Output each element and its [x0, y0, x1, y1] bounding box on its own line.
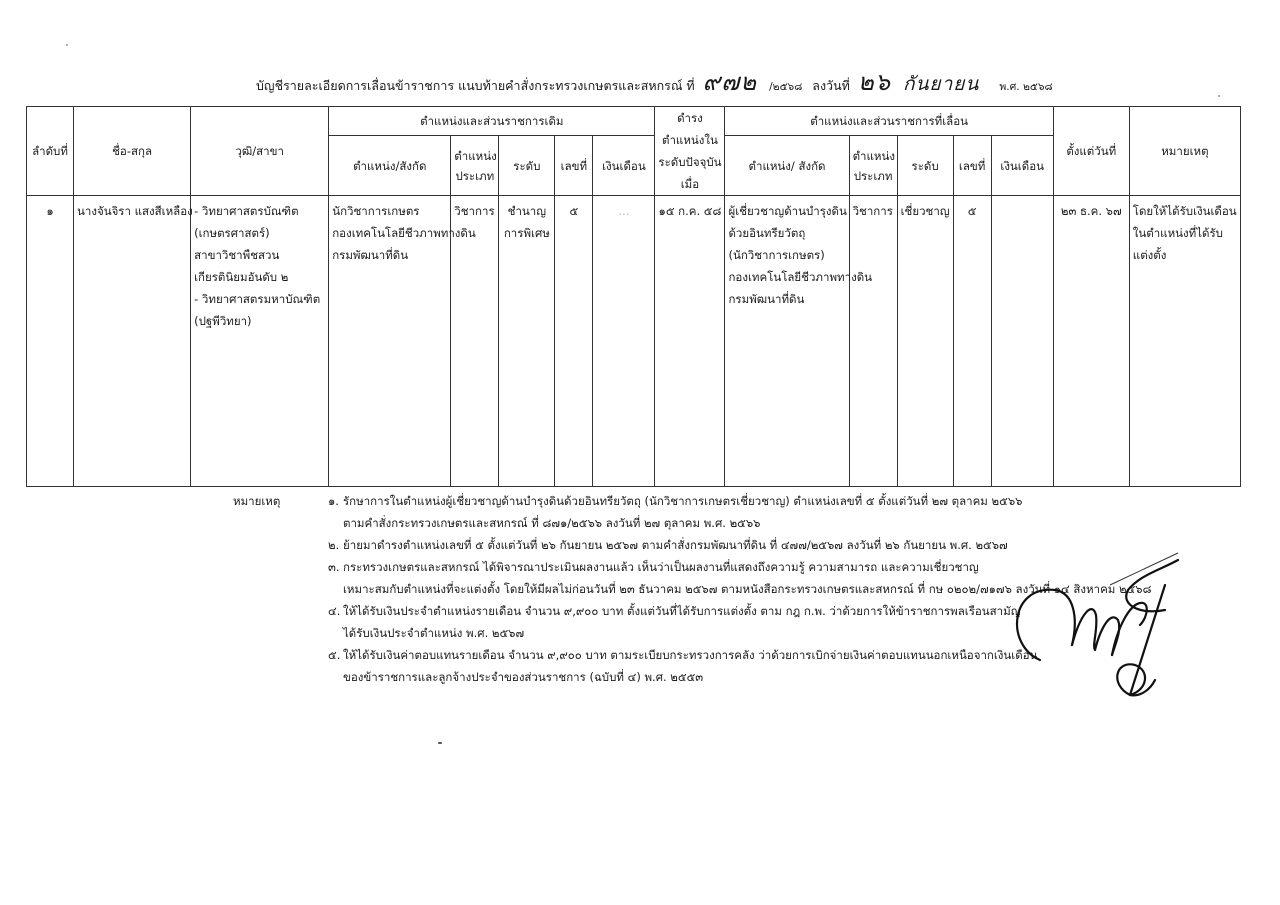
- title-text: บัญชีรายละเอียดการเลื่อนข้าราชการ แนบท้า…: [256, 76, 695, 96]
- cell-new-position: ผู้เชี่ยวชาญด้านบำรุงดิน ด้วยอินทรียวัตถ…: [725, 196, 849, 487]
- cell-seq: ๑: [27, 196, 74, 487]
- cell-orig-salary: ...: [593, 196, 655, 487]
- header-new-number: เลขที่: [953, 136, 991, 196]
- cell-effective-date: ๒๓ ธ.ค. ๖๗: [1053, 196, 1129, 487]
- cell-orig-number: ๕: [555, 196, 593, 487]
- scan-speck: [66, 44, 68, 46]
- header-name: ชื่อ-สกุล: [74, 107, 191, 196]
- header-promoted-group: ตำแหน่งและส่วนราชการที่เลื่อน: [725, 107, 1053, 136]
- header-seq: ลำดับที่: [27, 107, 74, 196]
- header-current-level-since: ดำรงตำแหน่งในระดับปัจจุบันเมื่อ: [655, 107, 725, 196]
- scan-speck: [1218, 95, 1220, 97]
- note-item: ๑. รักษาการในตำแหน่งผู้เชี่ยวชาญด้านบำรุ…: [328, 490, 1048, 534]
- scan-speck: [438, 742, 442, 744]
- notes-list: ๑. รักษาการในตำแหน่งผู้เชี่ยวชาญด้านบำรุ…: [328, 490, 1048, 688]
- header-orig-position-type: ตำแหน่งประเภท: [451, 136, 499, 196]
- header-remarks: หมายเหตุ: [1129, 107, 1240, 196]
- cell-new-number: ๕: [953, 196, 991, 487]
- header-orig-position: ตำแหน่ง/สังกัด: [329, 136, 451, 196]
- cell-current-level-since: ๑๕ ก.ค. ๕๘: [655, 196, 725, 487]
- header-original-group: ตำแหน่งและส่วนราชการเดิม: [329, 107, 655, 136]
- cell-name: นางจันจิรา แสงสีเหลือง: [74, 196, 191, 487]
- cell-new-position-type: วิชาการ: [849, 196, 897, 487]
- date-label: ลงวันที่: [812, 76, 850, 96]
- cell-degree: - วิทยาศาสตรบัณฑิต (เกษตรศาสตร์) สาขาวิช…: [191, 196, 329, 487]
- header-new-level: ระดับ: [897, 136, 953, 196]
- order-year: /๒๕๖๘: [769, 78, 802, 95]
- cell-new-salary: [991, 196, 1053, 487]
- document-title: บัญชีรายละเอียดการเลื่อนข้าราชการ แนบท้า…: [256, 62, 1053, 101]
- header-new-position: ตำแหน่ง/ สังกัด: [725, 136, 849, 196]
- header-orig-level: ระดับ: [499, 136, 555, 196]
- header-orig-salary: เงินเดือน: [593, 136, 655, 196]
- header-degree: วุฒิ/สาขา: [191, 107, 329, 196]
- cell-orig-position: นักวิชาการเกษตร กองเทคโนโลยีชีวภาพทางดิน…: [329, 196, 451, 487]
- note-item: ๔. ให้ได้รับเงินประจำตำแหน่งรายเดือน จำน…: [328, 600, 1048, 644]
- cell-new-level: เชี่ยวชาญ: [897, 196, 953, 487]
- header-new-position-type: ตำแหน่งประเภท: [849, 136, 897, 196]
- cell-orig-level: ชำนาญการพิเศษ: [499, 196, 555, 487]
- handwritten-day: ๒๖: [858, 62, 891, 101]
- promotion-table: ลำดับที่ ชื่อ-สกุล วุฒิ/สาขา ตำแหน่งและส…: [26, 106, 1241, 487]
- handwritten-order-number: ๙๗๒: [703, 62, 757, 101]
- header-effective-date: ตั้งแต่วันที่: [1053, 107, 1129, 196]
- note-item: ๕. ให้ได้รับเงินค่าตอบแทนรายเดือน จำนวน …: [328, 644, 1048, 688]
- header-orig-number: เลขที่: [555, 136, 593, 196]
- document-year: พ.ศ. ๒๕๖๘: [999, 78, 1052, 95]
- signature-icon: [1000, 545, 1190, 710]
- note-item: ๒. ย้ายมาดำรงตำแหน่งเลขที่ ๕ ตั้งแต่วันท…: [328, 534, 1048, 556]
- cell-remarks: โดยให้ได้รับเงินเดือนในตำแหน่งที่ได้รับแ…: [1129, 196, 1240, 487]
- table-row: ๑ นางจันจิรา แสงสีเหลือง - วิทยาศาสตรบัณ…: [27, 196, 1241, 487]
- note-item: ๓. กระทรวงเกษตรและสหกรณ์ ได้พิจารณาประเม…: [328, 556, 1048, 600]
- handwritten-month: กันยายน: [903, 69, 979, 99]
- header-new-salary: เงินเดือน: [991, 136, 1053, 196]
- notes-label: หมายเหตุ: [233, 490, 280, 512]
